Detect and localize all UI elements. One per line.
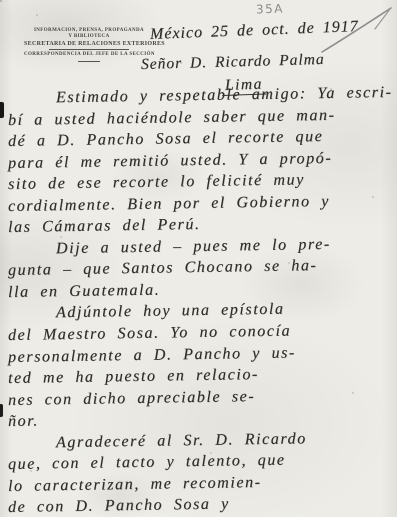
handwritten-line: de con D. Pancho Sosa y bbox=[8, 491, 392, 517]
letter-page: INFORMACION, PRENSA, PROPAGANDA Y BIBLIO… bbox=[0, 0, 397, 517]
binding-mark-bottom bbox=[0, 404, 3, 417]
letter-body: Estimado y respetable amigo: Ya escri-bí… bbox=[8, 88, 392, 517]
binding-mark-top bbox=[0, 102, 4, 118]
